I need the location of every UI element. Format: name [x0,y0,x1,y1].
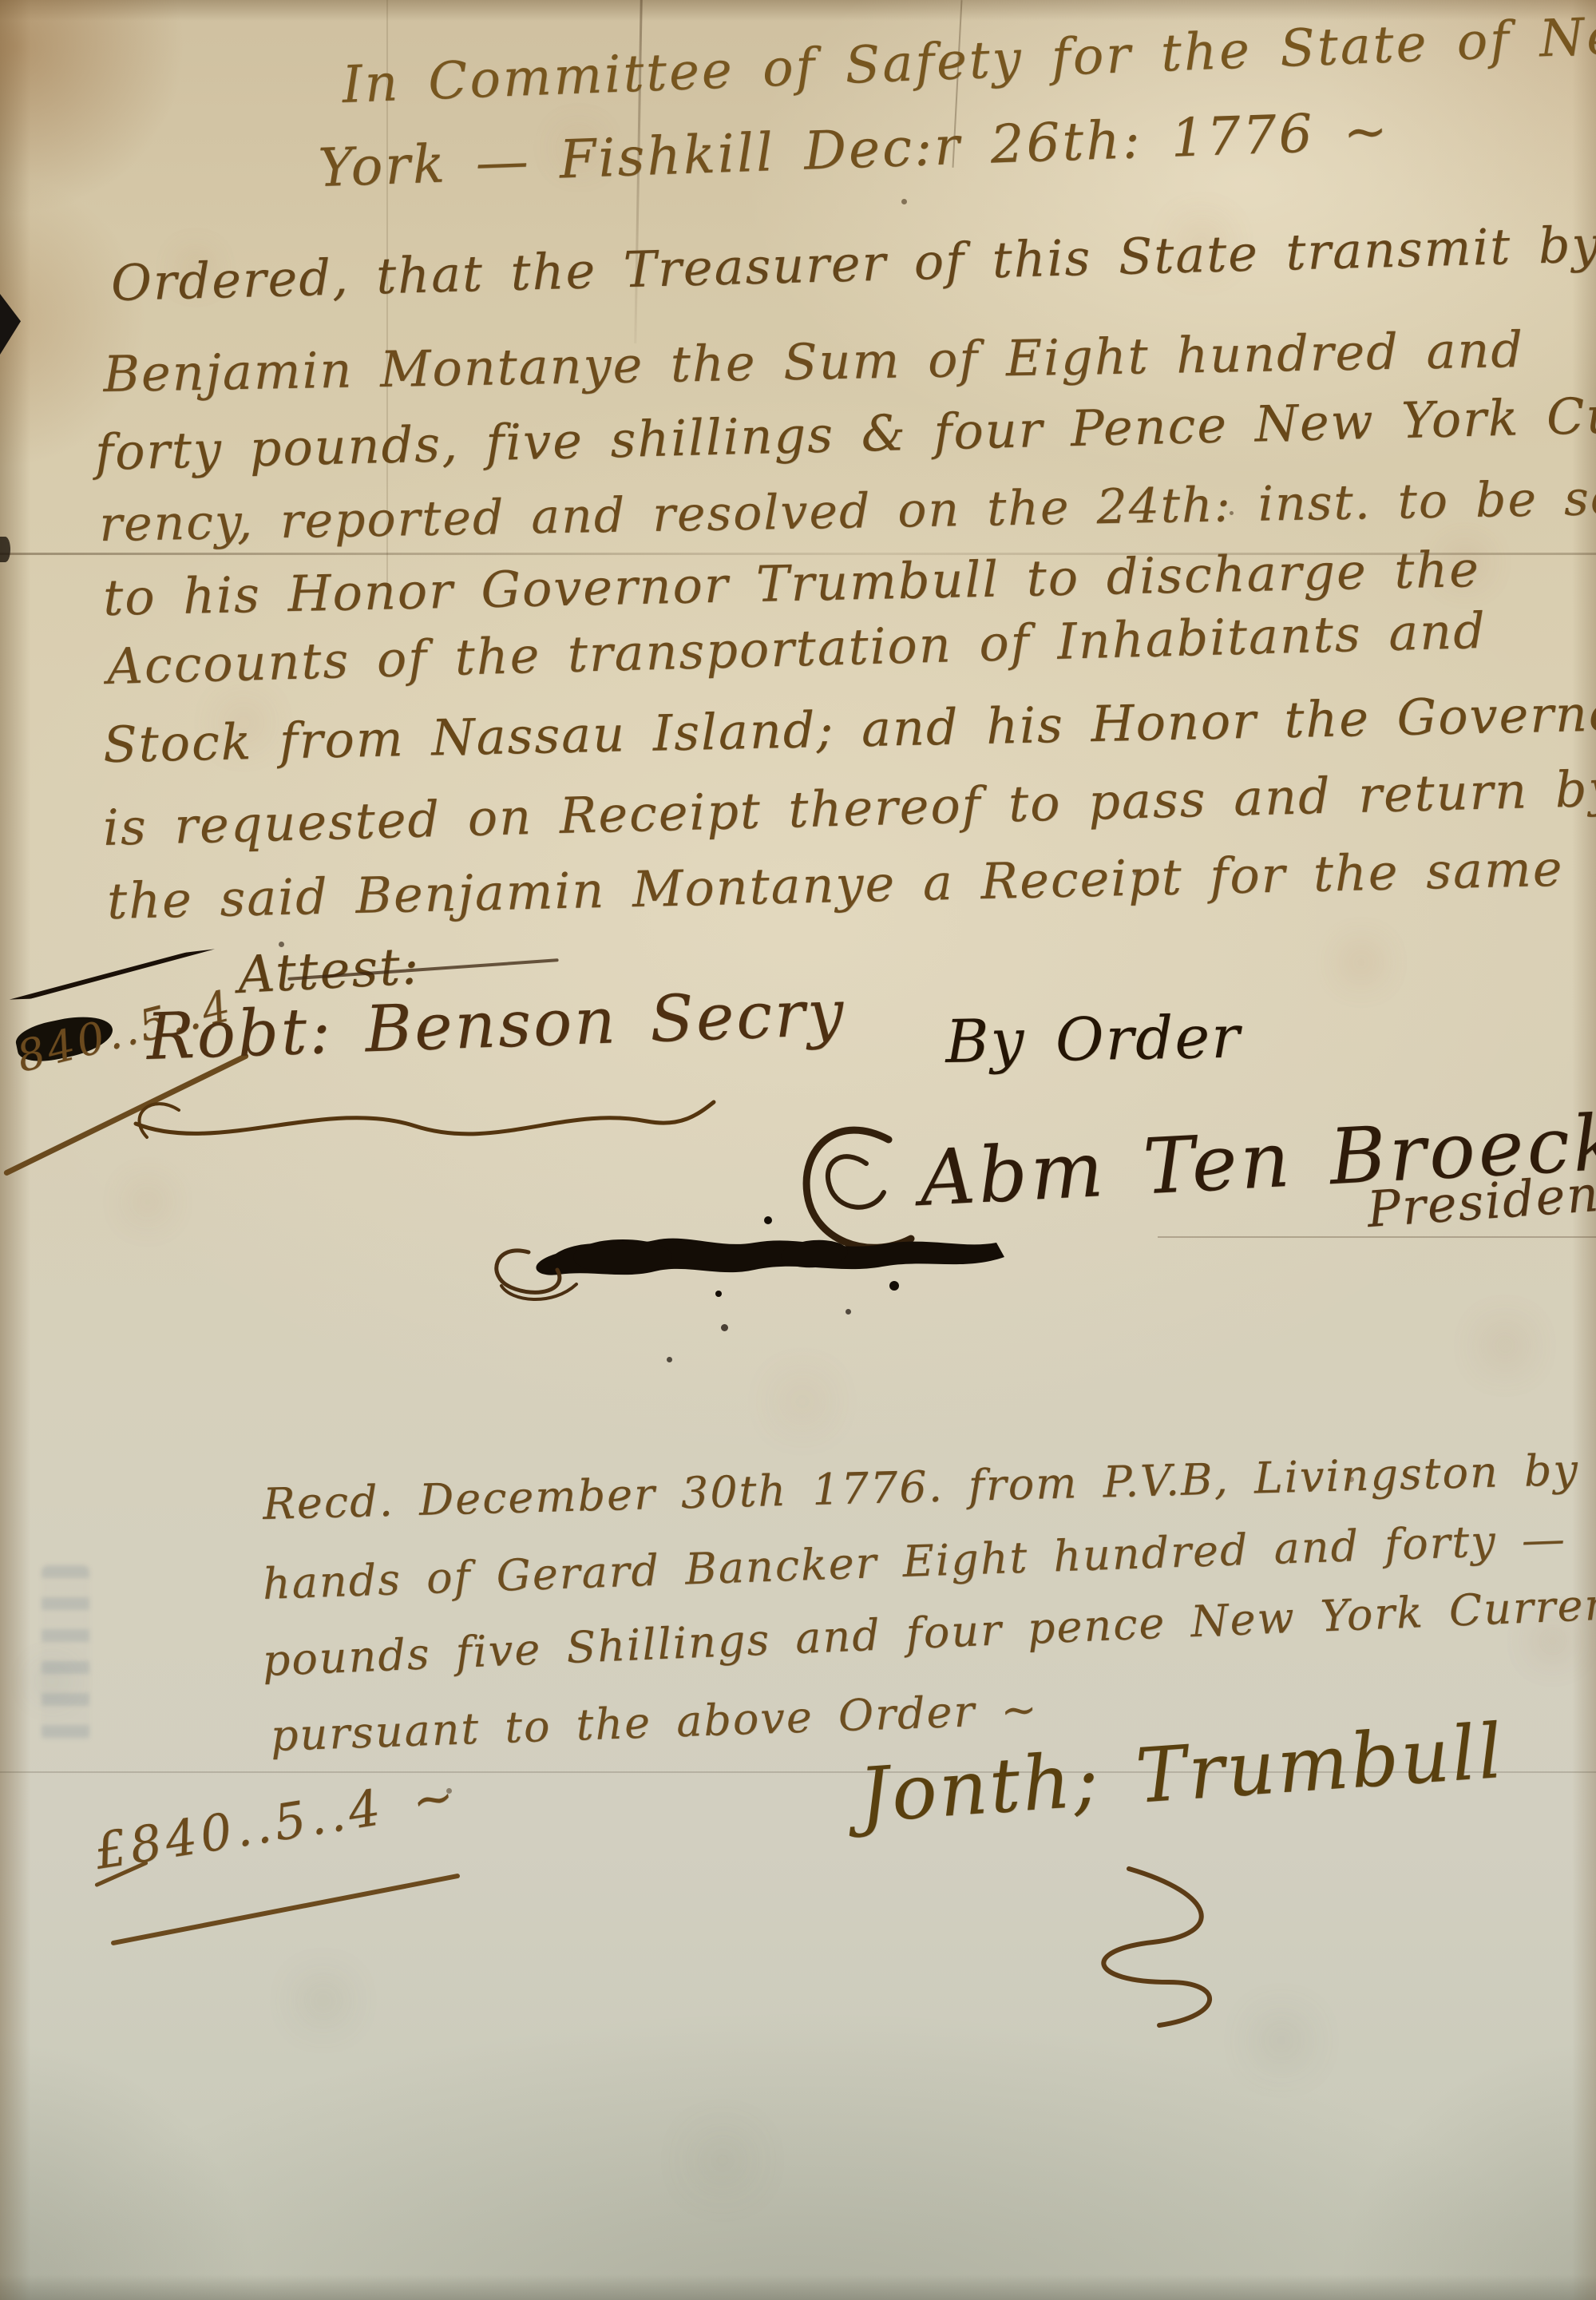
edge-mark-left-small [0,537,10,562]
bleed-through-mark [42,1565,89,1741]
trumbull-signature-flourish [958,1861,1301,2036]
edge-tear-mark-left [0,294,21,355]
ink-blot [479,1196,1038,1316]
body-line-7: Stock from Nassau Island; and his Honor … [102,684,1596,774]
amount-underline [111,1874,461,1946]
receipt-line-1: Recd. December 30th 1776. from P.V.B, Li… [262,1440,1596,1529]
body-line-1: Ordered, that the Treasurer of this Stat… [110,215,1596,312]
body-line-2: Benjamin Montanye the Sum of Eight hundr… [103,320,1525,403]
body-line-8: is requested on Receipt thereof to pass … [102,759,1596,857]
body-line-4: rency, reported and resolved on the 24th… [99,470,1596,553]
by-order-label: By Order [945,1003,1242,1077]
ink-splatter-dots [0,0,4,4]
header-line-1: In Committee of Safety for the State of … [341,5,1596,115]
benson-signature-flourish [120,1080,727,1168]
manuscript-page: In Committee of Safety for the State of … [0,0,1596,2300]
header-line-2: York — Fishkill Dec:r 26th: 1776 ~ [317,100,1391,199]
body-line-9: the said Benjamin Montanye a Receipt for… [106,839,1564,930]
